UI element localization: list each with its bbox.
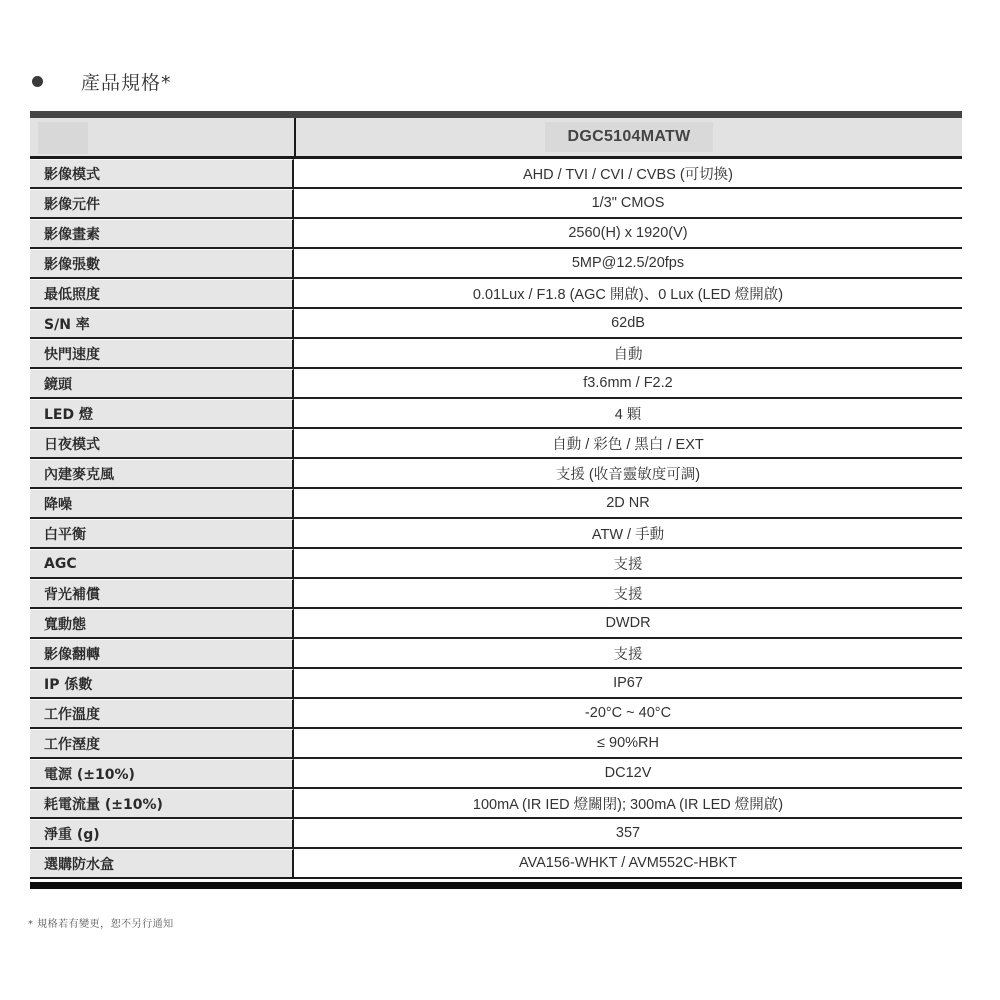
table-row: 影像翻轉支援 bbox=[30, 639, 962, 669]
spec-table: DGC5104MATW 影像模式AHD / TVI / CVI / CVBS (… bbox=[30, 111, 962, 889]
spec-label: AGC bbox=[30, 549, 294, 577]
spec-label: 寬動態 bbox=[30, 609, 294, 637]
header-shade bbox=[38, 122, 88, 154]
table-bottom-bar bbox=[30, 882, 962, 889]
table-row: 最低照度0.01Lux / F1.8 (AGC 開啟)、0 Lux (LED 燈… bbox=[30, 279, 962, 309]
spec-value: 0.01Lux / F1.8 (AGC 開啟)、0 Lux (LED 燈開啟) bbox=[294, 279, 962, 307]
table-row: 降噪2D NR bbox=[30, 489, 962, 519]
model-name: DGC5104MATW bbox=[545, 122, 712, 152]
spec-label: IP 係數 bbox=[30, 669, 294, 697]
spec-label: 最低照度 bbox=[30, 279, 294, 307]
table-row: 工作溼度≤ 90%RH bbox=[30, 729, 962, 759]
spec-value: 支援 (收音靈敏度可調) bbox=[294, 459, 962, 487]
table-top-bar bbox=[30, 111, 962, 118]
spec-value: 1/3" CMOS bbox=[294, 189, 962, 217]
spec-value: 支援 bbox=[294, 549, 962, 577]
header-model-cell: DGC5104MATW bbox=[296, 118, 962, 156]
table-row: 影像模式AHD / TVI / CVI / CVBS (可切換) bbox=[30, 159, 962, 189]
table-row: S/N 率62dB bbox=[30, 309, 962, 339]
table-row: IP 係數IP67 bbox=[30, 669, 962, 699]
spec-label: 影像模式 bbox=[30, 159, 294, 187]
spec-value: 2560(H) x 1920(V) bbox=[294, 219, 962, 247]
header-label-cell bbox=[30, 118, 296, 156]
spec-value: 自動 / 彩色 / 黑白 / EXT bbox=[294, 429, 962, 457]
spec-value: AVA156-WHKT / AVM552C-HBKT bbox=[294, 849, 962, 877]
spec-label: 電源 (±10%) bbox=[30, 759, 294, 787]
table-row: 耗電流量 (±10%)100mA (IR IED 燈關閉); 300mA (IR… bbox=[30, 789, 962, 819]
spec-label: LED 燈 bbox=[30, 399, 294, 427]
table-row: 淨重 (g)357 bbox=[30, 819, 962, 849]
spec-value: 100mA (IR IED 燈關閉); 300mA (IR LED 燈開啟) bbox=[294, 789, 962, 817]
spec-value: 2D NR bbox=[294, 489, 962, 517]
section-heading: 產品規格* bbox=[30, 66, 172, 96]
spec-label: 影像元件 bbox=[30, 189, 294, 217]
bullet-icon bbox=[32, 76, 43, 87]
spec-label: 淨重 (g) bbox=[30, 819, 294, 847]
table-row: 內建麥克風支援 (收音靈敏度可調) bbox=[30, 459, 962, 489]
spec-label: 鏡頭 bbox=[30, 369, 294, 397]
table-row: 快門速度自動 bbox=[30, 339, 962, 369]
spec-label: 白平衡 bbox=[30, 519, 294, 547]
spec-value: 5MP@12.5/20fps bbox=[294, 249, 962, 277]
table-row: 寬動態DWDR bbox=[30, 609, 962, 639]
table-row: 影像元件1/3" CMOS bbox=[30, 189, 962, 219]
spec-label: 影像張數 bbox=[30, 249, 294, 277]
table-row: 白平衡ATW / 手動 bbox=[30, 519, 962, 549]
spec-value: 62dB bbox=[294, 309, 962, 337]
spec-value: 自動 bbox=[294, 339, 962, 367]
spec-value: 支援 bbox=[294, 579, 962, 607]
table-row: 影像畫素2560(H) x 1920(V) bbox=[30, 219, 962, 249]
spec-label: 工作溼度 bbox=[30, 729, 294, 757]
spec-value: -20°C ~ 40°C bbox=[294, 699, 962, 727]
spec-value: DC12V bbox=[294, 759, 962, 787]
table-row: 影像張數5MP@12.5/20fps bbox=[30, 249, 962, 279]
table-row: 背光補償支援 bbox=[30, 579, 962, 609]
spec-label: 影像畫素 bbox=[30, 219, 294, 247]
spec-value: 4 顆 bbox=[294, 399, 962, 427]
spec-value: AHD / TVI / CVI / CVBS (可切換) bbox=[294, 159, 962, 187]
spec-label: 影像翻轉 bbox=[30, 639, 294, 667]
spec-value: DWDR bbox=[294, 609, 962, 637]
spec-label: 工作溫度 bbox=[30, 699, 294, 727]
table-row: LED 燈4 顆 bbox=[30, 399, 962, 429]
spec-label: 降噪 bbox=[30, 489, 294, 517]
spec-label: 內建麥克風 bbox=[30, 459, 294, 487]
spec-value: ≤ 90%RH bbox=[294, 729, 962, 757]
section-title: 產品規格* bbox=[81, 68, 172, 95]
spec-label: 背光補償 bbox=[30, 579, 294, 607]
table-row: 日夜模式自動 / 彩色 / 黑白 / EXT bbox=[30, 429, 962, 459]
spec-label: 快門速度 bbox=[30, 339, 294, 367]
spec-value: 支援 bbox=[294, 639, 962, 667]
spec-value: f3.6mm / F2.2 bbox=[294, 369, 962, 397]
table-row: 選購防水盒AVA156-WHKT / AVM552C-HBKT bbox=[30, 849, 962, 877]
spec-label: 選購防水盒 bbox=[30, 849, 294, 877]
table-header-row: DGC5104MATW bbox=[30, 118, 962, 159]
spec-label: S/N 率 bbox=[30, 309, 294, 337]
footnote: * 規格若有變更，恕不另行通知 bbox=[28, 915, 174, 930]
table-row: AGC支援 bbox=[30, 549, 962, 579]
table-row: 電源 (±10%)DC12V bbox=[30, 759, 962, 789]
spec-value: ATW / 手動 bbox=[294, 519, 962, 547]
spec-value: IP67 bbox=[294, 669, 962, 697]
table-row: 鏡頭f3.6mm / F2.2 bbox=[30, 369, 962, 399]
table-body: 影像模式AHD / TVI / CVI / CVBS (可切換)影像元件1/3"… bbox=[30, 159, 962, 877]
spec-value: 357 bbox=[294, 819, 962, 847]
table-row: 工作溫度-20°C ~ 40°C bbox=[30, 699, 962, 729]
spec-label: 日夜模式 bbox=[30, 429, 294, 457]
spec-label: 耗電流量 (±10%) bbox=[30, 789, 294, 817]
